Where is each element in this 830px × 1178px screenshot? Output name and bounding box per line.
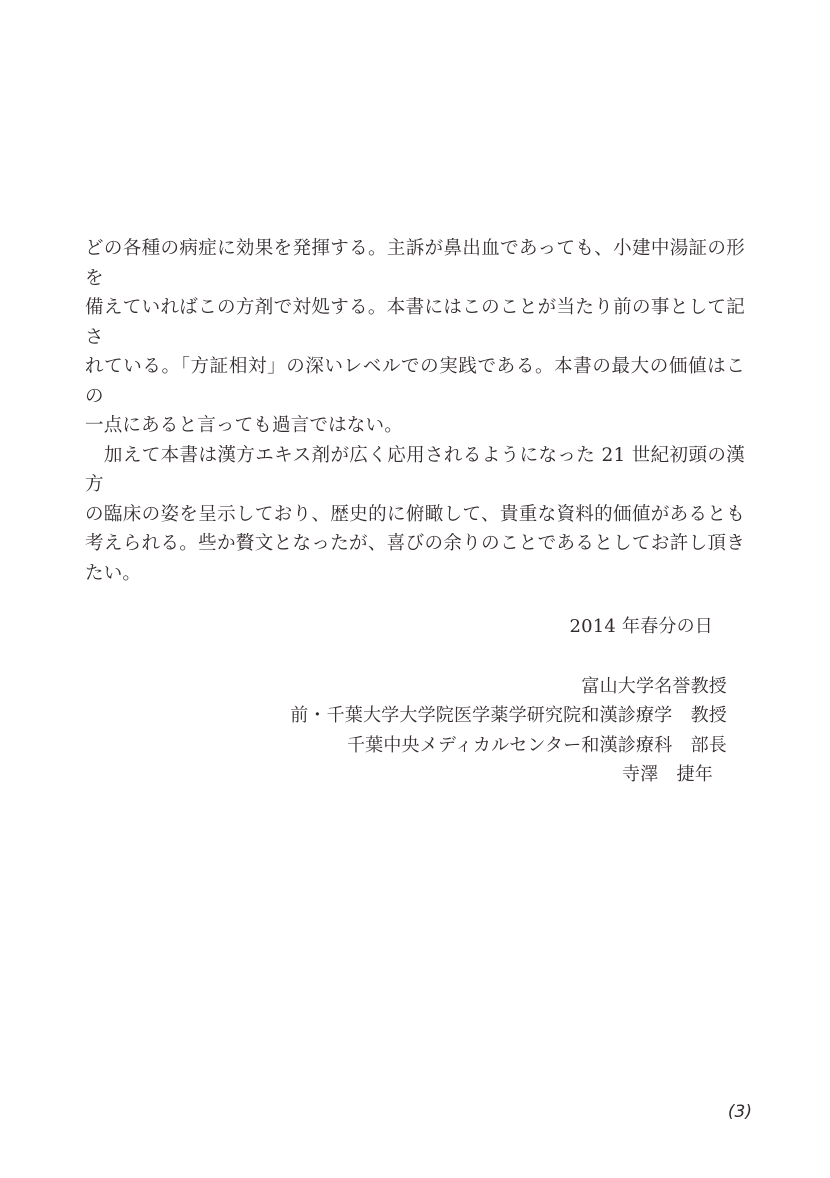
paragraph2-line-1: 加えて本書は漢方エキス剤が広く応用されるようになった 21 世紀初頭の漢方 [85, 441, 745, 500]
document-page: どの各種の病症に効果を発揮する。主訴が鼻出血であっても、小建中湯証の形を 備えて… [0, 0, 830, 1178]
paragraph1-line-3: れている。「方証相対」の深いレベルでの実践である。本書の最大の価値はこの [85, 352, 745, 411]
paragraph1-line-2: 備えていればこの方剤で対処する。本書にはこのことが当たり前の事として記さ [85, 293, 745, 352]
signature-title-1: 富山大学名誉教授 [85, 672, 745, 702]
paragraph2-line-2: の臨床の姿を呈示しており、歴史的に俯瞰して、貴重な資料的価値があるとも [85, 500, 745, 530]
paragraph2-line-4: たい。 [85, 559, 745, 589]
page-number: (3) [728, 1102, 752, 1122]
paragraph1-line-4: 一点にあると言っても過言ではない。 [85, 411, 745, 441]
author-name: 寺澤 捷年 [85, 760, 745, 790]
signature-title-3: 千葉中央メディカルセンター和漢診療科 部長 [85, 731, 745, 761]
paragraph1-line-1: どの各種の病症に効果を発揮する。主訴が鼻出血であっても、小建中湯証の形を [85, 234, 745, 293]
signature-block: 富山大学名誉教授 前・千葉大学大学院医学薬学研究院和漢診療学 教授 千葉中央メデ… [85, 672, 745, 790]
paragraph2-line-3: 考えられる。些か贅文となったが、喜びの余りのことであるとしてお許し頂き [85, 529, 745, 559]
signature-title-2: 前・千葉大学大学院医学薬学研究院和漢診療学 教授 [85, 701, 745, 731]
preface-text-block: どの各種の病症に効果を発揮する。主訴が鼻出血であっても、小建中湯証の形を 備えて… [85, 234, 745, 790]
date-line: 2014 年春分の日 [85, 612, 745, 642]
